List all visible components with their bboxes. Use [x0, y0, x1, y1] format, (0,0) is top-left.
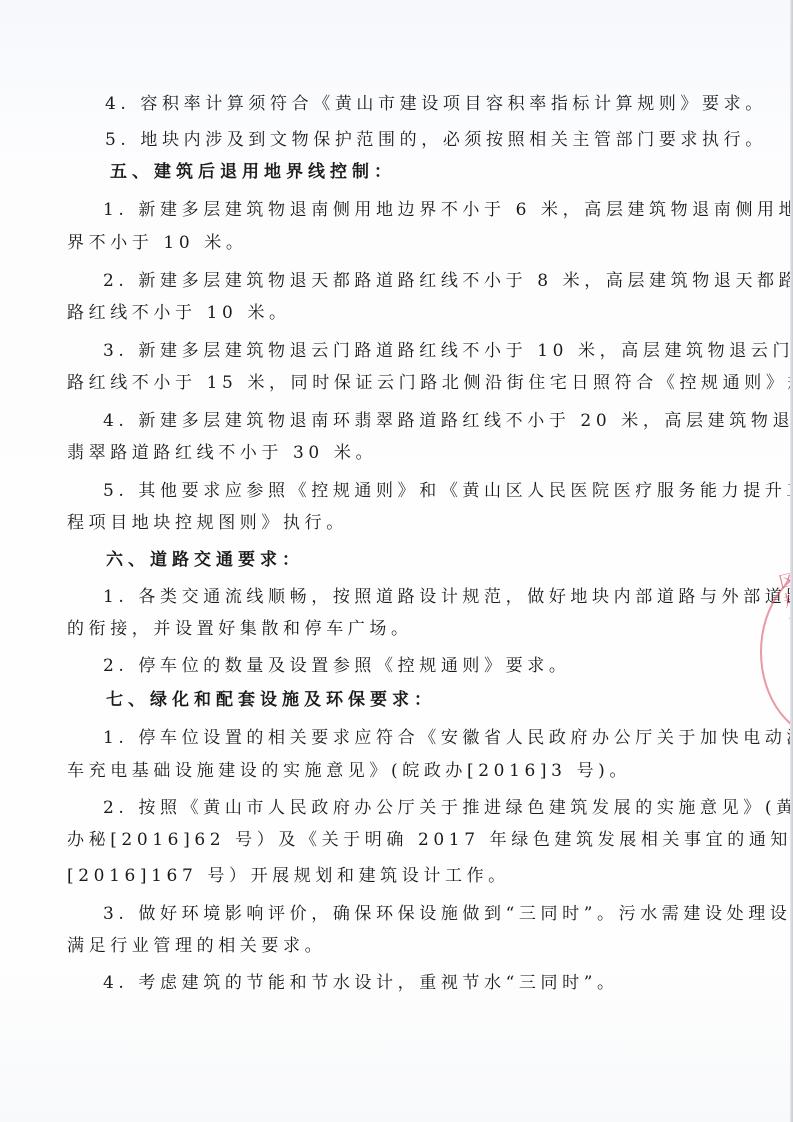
list-item-line: 1. 停车位设置的相关要求应符合《安徽省人民政府办公厅关于加快电动汽 [103, 727, 793, 749]
document-page: 4. 容积率计算须符合《黄山市建设项目容积率指标计算规则》要求。5. 地块内涉及… [0, 0, 793, 1122]
list-item-line: 4. 容积率计算须符合《黄山市建设项目容积率指标计算规则》要求。 [105, 93, 767, 115]
continuation-line: 界不小于 10 米。 [67, 232, 247, 254]
list-item-line: 2. 新建多层建筑物退天都路道路红线不小于 8 米，高层建筑物退天都路道 [103, 270, 793, 292]
list-item-line: 5. 其他要求应参照《控规通则》和《黄山区人民医院医疗服务能力提升工 [103, 480, 793, 502]
list-item-line: 3. 做好环境影响评价，确保环保设施做到“三同时”。污水需建设处理设施， [103, 903, 793, 925]
continuation-line: 办秘[2016]62 号）及《关于明确 2017 年绿色建筑发展相关事宜的通知》… [67, 829, 793, 851]
continuation-line: [2016]167 号）开展规划和建筑设计工作。 [67, 865, 510, 887]
list-item-line: 2. 按照《黄山市人民政府办公厅关于推进绿色建筑发展的实施意见》(黄政 [103, 797, 793, 819]
list-item-line: 4. 新建多层建筑物退南环翡翠路道路红线不小于 20 米，高层建筑物退南环 [103, 410, 793, 432]
continuation-line: 路红线不小于 15 米，同时保证云门路北侧沿街住宅日照符合《控规通则》规定。 [67, 372, 793, 394]
continuation-line: 满足行业管理的相关要求。 [67, 935, 326, 957]
continuation-line: 车充电基础设施建设的实施意见》(皖政办[2016]3 号)。 [67, 760, 631, 782]
section-heading: 七、绿化和配套设施及环保要求： [106, 689, 436, 711]
list-item-line: 2. 停车位的数量及设置参照《控规通则》要求。 [103, 655, 570, 677]
continuation-line: 路红线不小于 10 米。 [67, 302, 291, 324]
continuation-line: 程项目地块控规图则》执行。 [67, 512, 348, 534]
official-seal-text: 区规划 [736, 570, 793, 720]
list-item-line: 4. 考虑建筑的节能和节水设计，重视节水“三同时”。 [103, 972, 619, 994]
list-item-line: 3. 新建多层建筑物退云门路道路红线不小于 10 米，高层建筑物退云门路道 [103, 340, 793, 362]
continuation-line: 翡翠路道路红线不小于 30 米。 [67, 442, 377, 464]
list-item-line: 1. 新建多层建筑物退南侧用地边界不小于 6 米，高层建筑物退南侧用地边 [103, 199, 793, 221]
continuation-line: 的衔接，并设置好集散和停车广场。 [67, 618, 413, 640]
list-item-line: 1. 各类交通流线顺畅，按照道路设计规范，做好地块内部道路与外部道路 [103, 586, 793, 608]
section-heading: 六、道路交通要求： [106, 549, 304, 571]
list-item-line: 5. 地块内涉及到文物保护范围的，必须按照相关主管部门要求执行。 [105, 129, 767, 151]
section-heading: 五、建筑后退用地界线控制： [110, 161, 396, 183]
